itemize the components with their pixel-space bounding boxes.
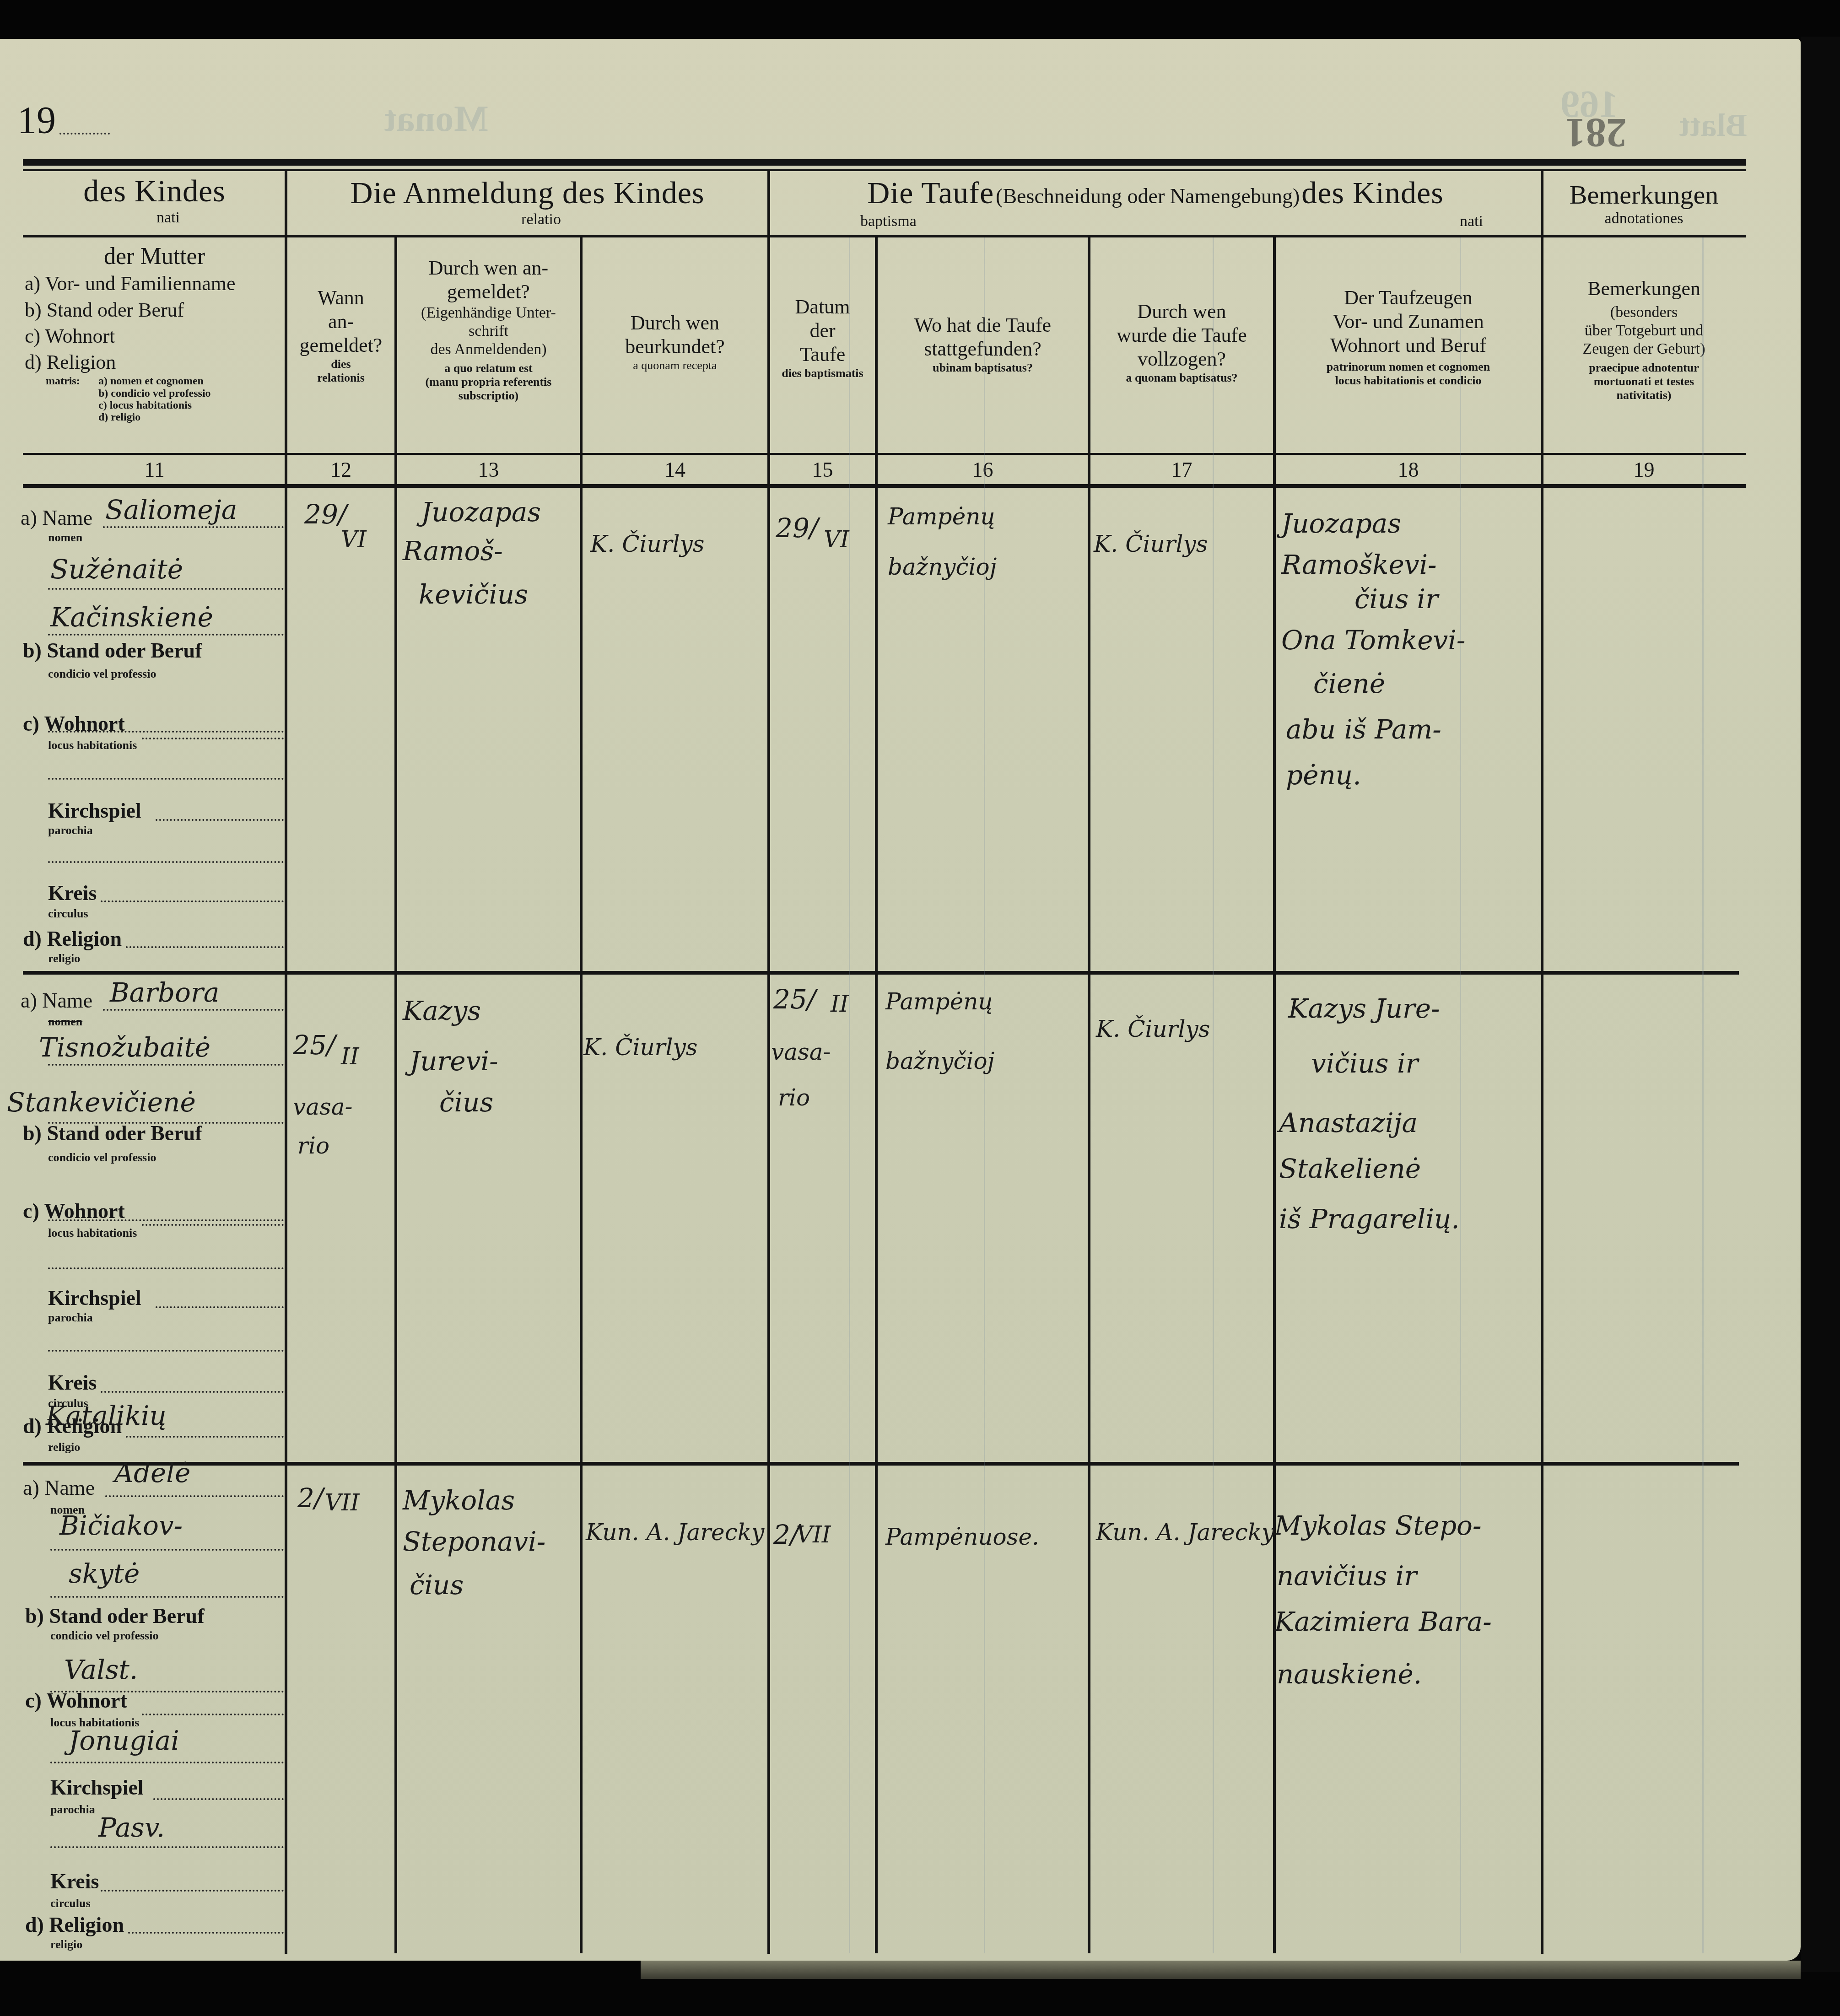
religion-line <box>126 946 284 948</box>
label-kreis-latin: circulus <box>48 907 88 921</box>
godparents-line-3: Kazimiera Bara- <box>1274 1606 1492 1637</box>
col-divider-13-14 <box>580 237 583 1953</box>
col-19-la-2: mortuonati et testes <box>1542 375 1746 388</box>
col-number-11: 11 <box>23 458 286 482</box>
col-13-la-2: (manu propria referentis <box>396 375 581 389</box>
group-child-title: des Kindes <box>23 173 286 209</box>
wohnort-line-2 <box>50 1762 284 1763</box>
registered-by-line-3: čius <box>439 1087 493 1118</box>
group-remarks-title: Bemerkungen <box>1542 179 1746 210</box>
label-wohnort: c) Wohnort <box>23 1199 125 1223</box>
sheet-number-stamp: 281 <box>1565 109 1627 156</box>
wohnort-line-1 <box>142 1224 284 1226</box>
mother-wohnort: Jonugiai <box>69 1725 179 1756</box>
label-kirchspiel: Kirchspiel <box>48 798 141 823</box>
godparents-line-4: Stakelienė <box>1279 1153 1421 1184</box>
col-11-latin-prefix: matris: <box>46 375 80 387</box>
registration-date-word-2: rio <box>297 1132 329 1159</box>
label-kirchspiel: Kirchspiel <box>50 1775 144 1800</box>
godparents-line-5: čienė <box>1313 668 1385 699</box>
godparents-line-4: nauskienė. <box>1277 1659 1422 1690</box>
registered-by-line-2: Jurevi- <box>410 1046 498 1077</box>
baptism-date-month: VII <box>796 1521 831 1548</box>
year-fill-line <box>59 133 110 135</box>
col-divider-18-19 <box>1541 169 1543 1954</box>
label-name-latin: nomen <box>48 531 82 544</box>
religion-line <box>126 1436 284 1438</box>
col-13-de-2: gemeldet? <box>396 280 581 304</box>
col-18-la-2: locus habitationis et condicio <box>1274 374 1542 388</box>
mother-name-line-2: Sužėnaitė <box>50 554 183 585</box>
header-bottom-rule <box>23 453 1746 455</box>
col-13-de-small-3: des Anmeldenden) <box>396 340 581 359</box>
wohnort-line-2 <box>48 778 284 780</box>
baptism-date-day: 25/ <box>773 984 816 1015</box>
col-15-de-3: Taufe <box>769 343 876 367</box>
mother-name-line-2: Tisnožubaitė <box>39 1032 210 1063</box>
name-line-3 <box>48 634 284 636</box>
col-11-line-b: b) Stand oder Beruf <box>25 297 286 323</box>
label-kirchspiel-latin: parochia <box>48 824 93 837</box>
registration-date-word-1: vasa- <box>293 1094 352 1120</box>
col-divider-16-17 <box>1088 237 1090 1953</box>
bleed-through-line <box>1213 237 1214 1953</box>
col-12-de-2: an- <box>286 310 396 334</box>
mother-name-line-3: Stankevičienė <box>7 1087 196 1118</box>
col-18-la-1: patrinorum nomen et cognomen <box>1274 360 1542 374</box>
baptism-place-line-2: bažnyčioj <box>885 1048 994 1074</box>
label-kreis: Kreis <box>50 1869 99 1893</box>
col-number-15: 15 <box>769 458 876 482</box>
baptism-date-month: VI <box>824 526 849 553</box>
col-15-de-1: Datum <box>769 295 876 319</box>
wohnort-line-2 <box>48 1267 284 1269</box>
col-18-de-1: Der Taufzeugen <box>1274 286 1542 310</box>
godparents-line-2: vičius ir <box>1311 1048 1418 1079</box>
col-12-de-1: Wann <box>286 286 396 310</box>
col-11-latin-c: c) locus habitationis <box>98 399 286 411</box>
col-19-header: Bemerkungen (besonders über Totgeburt un… <box>1542 277 1746 402</box>
registered-by-line-2: Ramoš- <box>403 535 503 566</box>
baptized-by: K. Čiurlys <box>1096 1016 1210 1042</box>
registration-date-month: II <box>341 1043 359 1070</box>
label-kirchspiel: Kirchspiel <box>48 1286 141 1310</box>
year-prefix: 19 <box>17 98 56 143</box>
col-15-la-1: dies baptismatis <box>769 367 876 380</box>
page-stack-edge <box>641 1961 1801 1979</box>
mother-name-line-1: Barbora <box>110 977 219 1008</box>
group-baptism-title-paren: (Beschneidung oder Namengebung) <box>996 184 1300 208</box>
group-registration-header: Die Anmeldung des Kindes relatio <box>286 169 769 228</box>
registration-date-day: 2/ <box>297 1482 323 1514</box>
col-12-de-3: gemeldet? <box>286 334 396 357</box>
bleed-through-line <box>1460 237 1461 1953</box>
baptism-place: Pampėnuose. <box>885 1524 1039 1550</box>
godparents-line-2: navičius ir <box>1277 1560 1417 1591</box>
name-line-3 <box>50 1596 284 1598</box>
col-16-de-2: stattgefunden? <box>876 337 1089 361</box>
godparents-line-4: Ona Tomkevi- <box>1281 625 1465 656</box>
baptized-by: K. Čiurlys <box>1094 531 1208 557</box>
col-15-de-2: der <box>769 319 876 343</box>
religion-line <box>128 1932 284 1934</box>
col-number-19: 19 <box>1542 458 1746 482</box>
label-name: a) Name <box>23 1476 95 1500</box>
godparents-line-6: abu iš Pam- <box>1286 714 1441 745</box>
label-name-latin: nomen <box>48 1015 82 1029</box>
group-baptism-latin-nati: nati <box>1460 213 1483 230</box>
number-row-rule <box>23 484 1746 488</box>
col-13-de-1: Durch wen an- <box>396 256 581 280</box>
label-stand: b) Stand oder Beruf <box>25 1604 204 1628</box>
label-kreis: Kreis <box>48 1370 97 1395</box>
col-11-line-d: d) Religion <box>25 349 286 375</box>
mother-kirchspiel: Pasv. <box>98 1812 165 1843</box>
godparents-line-3: čius ir <box>1354 583 1438 615</box>
bleed-through-line <box>849 237 850 1953</box>
group-baptism-latin: baptisma <box>860 213 917 230</box>
label-name: a) Name <box>21 506 92 530</box>
godparents-line-3: Anastazija <box>1279 1107 1418 1138</box>
group-baptism-title: Die Taufe <box>867 175 994 210</box>
col-13-la-1: a quo relatum est <box>396 361 581 375</box>
col-19-la-3: nativitatis) <box>1542 388 1746 402</box>
entry-separator-1 <box>23 971 1739 975</box>
bleed-through-line <box>1702 237 1704 1953</box>
registration-date-day: 25/ <box>293 1030 335 1061</box>
col-16-header: Wo hat die Taufe stattgefunden? ubinam b… <box>876 313 1089 375</box>
label-kirchspiel-latin: parochia <box>48 1311 93 1325</box>
col-divider-14-15 <box>767 169 770 1954</box>
group-baptism-header: Die Taufe (Beschneidung oder Namengebung… <box>769 169 1542 211</box>
kirchspiel-line-2 <box>50 1846 284 1848</box>
col-11-line-c: c) Wohnort <box>25 323 286 349</box>
label-stand-latin: condicio vel professio <box>50 1629 158 1643</box>
godparents-line-7: pėnų. <box>1286 760 1361 791</box>
name-line-2 <box>48 588 284 590</box>
baptism-date-month: II <box>831 991 849 1017</box>
name-line-1 <box>105 1495 284 1497</box>
label-kirchspiel-latin: parochia <box>50 1803 95 1817</box>
kreis-line <box>101 1890 284 1892</box>
col-17-de-1: Durch wen <box>1089 300 1274 323</box>
registered-by-line-1: Kazys <box>403 995 481 1026</box>
col-17-de-2: wurde die Taufe <box>1089 323 1274 347</box>
col-number-18: 18 <box>1274 458 1542 482</box>
mother-name-line-3: Kačinskienė <box>50 602 213 633</box>
baptism-date-word-2: rio <box>778 1084 810 1111</box>
name-line-2 <box>48 1064 284 1066</box>
col-15-header: Datum der Taufe dies baptismatis <box>769 295 876 380</box>
label-religion: d) Religion <box>23 927 122 951</box>
mother-name-line-1: Saliomeja <box>105 494 237 525</box>
mother-name-line-3: skytė <box>69 1558 140 1589</box>
top-thick-rule <box>23 159 1746 166</box>
col-13-la-3: subscriptio) <box>396 389 581 403</box>
registration-date-month: VI <box>341 526 367 553</box>
registered-by-line-1: Juozapas <box>421 496 541 528</box>
mother-stand: Valst. <box>64 1654 138 1685</box>
col-11-title: der Mutter <box>23 243 286 270</box>
mother-name-line-1: Adelė <box>114 1457 190 1488</box>
mother-religion: Katalikių <box>46 1400 167 1431</box>
label-kreis-latin: circulus <box>50 1897 91 1910</box>
registration-date-month: VII <box>325 1489 360 1516</box>
registered-by-line-1: Mykolas <box>403 1485 515 1516</box>
bleed-through-line <box>984 237 985 1953</box>
label-wohnort: c) Wohnort <box>25 1688 127 1713</box>
group-registration-latin: relatio <box>313 211 769 228</box>
name-line-1 <box>103 1009 284 1011</box>
label-stand-latin: condicio vel professio <box>48 667 156 681</box>
baptism-place-line-1: Pampėnų <box>885 988 993 1015</box>
mother-name-line-2: Bičiakov- <box>59 1510 183 1541</box>
col-18-header: Der Taufzeugen Vor- und Zunamen Wohnort … <box>1274 286 1542 388</box>
col-19-de-small-1: (besonders <box>1542 303 1746 322</box>
col-12-la-2: relationis <box>286 371 396 385</box>
col-16-de-1: Wo hat die Taufe <box>876 313 1089 337</box>
label-stand: b) Stand oder Beruf <box>23 1121 202 1145</box>
label-religion-latin: religio <box>48 1440 80 1454</box>
col-14-la-1: a quonam recepta <box>581 359 769 372</box>
col-18-de-3: Wohnort und Beruf <box>1274 334 1542 357</box>
col-number-12: 12 <box>286 458 396 482</box>
col-14-de-2: beurkundet? <box>581 335 769 359</box>
col-13-header: Durch wen an- gemeldet? (Eigenhändige Un… <box>396 256 581 403</box>
label-stand-latin: condicio vel professio <box>48 1151 156 1164</box>
col-11-latin-a: a) nomen et cognomen <box>98 375 286 387</box>
col-number-13: 13 <box>396 458 581 482</box>
kirchspiel-line-2 <box>48 861 284 863</box>
baptism-place-line-1: Pampėnų <box>888 503 995 530</box>
label-stand: b) Stand oder Beruf <box>23 638 202 663</box>
col-19-de-1: Bemerkungen <box>1542 277 1746 301</box>
kirchspiel-line-1 <box>153 1798 284 1800</box>
kirchspiel-line-2 <box>48 1350 284 1352</box>
label-wohnort-latin: locus habitationis <box>48 1226 137 1240</box>
recorded-by: K. Čiurlys <box>590 531 704 557</box>
label-kreis: Kreis <box>48 881 97 905</box>
godparents-line-2: Ramoškevi- <box>1281 549 1437 580</box>
bleed-through-month-label: Monat <box>384 98 488 140</box>
col-19-la-1: praecipue adnotentur <box>1542 361 1746 375</box>
baptism-date-word-1: vasa- <box>771 1039 831 1065</box>
baptism-date-day: 29/ <box>776 512 818 544</box>
col-number-17: 17 <box>1089 458 1274 482</box>
col-19-de-small-2: über Totgeburt und <box>1542 322 1746 340</box>
col-14-header: Durch wen beurkundet? a quonam recepta <box>581 311 769 372</box>
registered-by-line-3: kevičius <box>419 579 528 610</box>
kirchspiel-line-1 <box>156 819 284 821</box>
col-17-la-1: a quonam baptisatus? <box>1089 371 1274 385</box>
col-divider-17-18 <box>1273 237 1276 1953</box>
kreis-line <box>101 900 284 902</box>
group-header-rule <box>23 235 1746 237</box>
name-line-1 <box>103 526 284 528</box>
book-binding-edge <box>1801 37 1840 1972</box>
col-11-latin-d: d) religio <box>98 411 286 423</box>
registration-date-day: 29/ <box>304 499 347 530</box>
recorded-by: Kun. A. Jarecky <box>586 1519 764 1546</box>
entry-separator-2 <box>23 1462 1739 1466</box>
col-divider-15-16 <box>875 237 878 1953</box>
col-18-de-2: Vor- und Zunamen <box>1274 310 1542 334</box>
col-number-14: 14 <box>581 458 769 482</box>
col-12-la-1: dies <box>286 357 396 371</box>
recorded-by: K. Čiurlys <box>583 1034 697 1061</box>
bleed-through-sheet-label: Blatt <box>1679 108 1747 144</box>
label-wohnort: c) Wohnort <box>23 712 125 736</box>
kreis-line <box>101 1391 284 1393</box>
registered-by-line-2: Steponavi- <box>403 1526 545 1557</box>
col-11-header: der Mutter a) Vor- und Familienname b) S… <box>23 243 286 424</box>
col-16-la-1: ubinam baptisatus? <box>876 361 1089 375</box>
col-17-header: Durch wen wurde die Taufe vollzogen? a q… <box>1089 300 1274 385</box>
label-religion: d) Religion <box>25 1913 124 1937</box>
group-registration-title: Die Anmeldung des Kindes <box>286 175 769 211</box>
wohnort-line-1 <box>142 1714 284 1715</box>
baptism-place-line-2: bažnyčioj <box>888 554 997 580</box>
col-divider-11-12 <box>285 169 287 1954</box>
col-13-de-small-2: schrift <box>396 322 581 340</box>
group-remarks-header: Bemerkungen adnotationes <box>1542 169 1746 227</box>
label-wohnort-latin: locus habitationis <box>48 738 137 752</box>
col-12-header: Wann an- gemeldet? dies relationis <box>286 286 396 385</box>
group-child-header: des Kindes nati <box>23 169 286 226</box>
col-17-de-3: vollzogen? <box>1089 347 1274 371</box>
label-name: a) Name <box>21 988 92 1013</box>
col-14-de-1: Durch wen <box>581 311 769 335</box>
group-remarks-latin: adnotationes <box>1542 210 1746 227</box>
wohnort-line-1 <box>142 738 284 739</box>
godparents-line-1: Kazys Jure- <box>1288 993 1440 1024</box>
col-19-de-small-3: Zeugen der Geburt) <box>1542 340 1746 358</box>
group-baptism-title-end: des Kindes <box>1301 175 1443 210</box>
label-religion-latin: religio <box>50 1938 82 1951</box>
godparents-line-1: Mykolas Stepo- <box>1274 1510 1482 1541</box>
baptized-by: Kun. A. Jarecky <box>1096 1519 1274 1546</box>
col-divider-12-13 <box>394 237 397 1953</box>
col-13-de-small-1: (Eigenhändige Unter- <box>396 304 581 322</box>
col-11-line-a: a) Vor- und Familienname <box>25 270 286 296</box>
registered-by-line-3: čius <box>410 1569 464 1601</box>
col-11-latin-b: b) condicio vel professio <box>98 388 286 399</box>
kirchspiel-line-1 <box>156 1306 284 1308</box>
name-line-2 <box>50 1549 284 1551</box>
group-child-latin: nati <box>50 209 286 226</box>
col-number-16: 16 <box>876 458 1089 482</box>
godparents-line-1: Juozapas <box>1281 508 1401 539</box>
baptism-date-day: 2/ <box>773 1519 799 1550</box>
godparents-line-5: iš Pragarelių. <box>1279 1203 1460 1234</box>
label-religion-latin: religio <box>48 952 80 965</box>
